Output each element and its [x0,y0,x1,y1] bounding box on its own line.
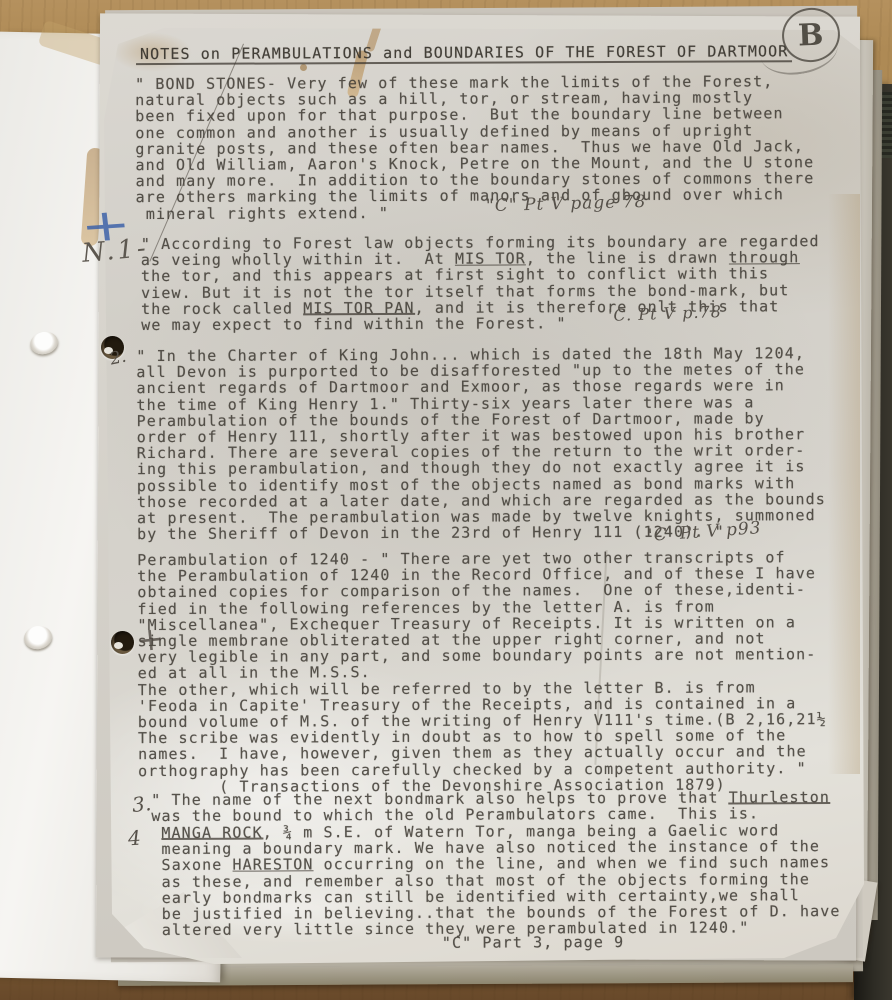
typed-text-layer: NOTES on PERAMBULATIONS and BOUNDARIES O… [94,21,870,964]
paragraph-perambulation-1240: Perambulation of 1240 - " There are yet … [137,549,827,795]
typed-document-page: NOTES on PERAMBULATIONS and BOUNDARIES O… [94,24,866,964]
title-text: NOTES on PERAMBULATIONS and BOUNDARIES O… [140,43,788,62]
paragraph-bond-stones: " BOND STONES- Very few of these mark th… [135,73,814,222]
handwritten-reference-1: "C" Pt V page 78 [486,192,647,216]
photo-of-document: { "page": { "corner_label": "B", "title"… [0,0,892,1000]
paragraph-king-john: " In the Charter of King John... which i… [136,345,826,542]
paragraph-text: " BOND STONES- Very few of these mark th… [135,73,814,222]
paragraph-text: Perambulation of 1240 - " There are yet … [137,549,827,795]
handwritten-reference-2: 'C. Pt V p.78 [608,302,722,325]
paragraph-text: MANGA ROCK, ¾ m S.E. of Watern Tor, mang… [161,822,840,938]
pencil-cross-mark: + [135,619,166,660]
source-reference-line: "C" Part 3, page 9 [442,934,624,951]
corner-label-text: B [798,17,825,53]
hole-glint [114,642,123,649]
paragraph-thurleston: " The name of the next bondmark also hel… [151,789,830,824]
margin-note-4: 4 [127,826,141,851]
underline [729,263,800,265]
paragraph-manga-rock: MANGA ROCK, ¾ m S.E. of Watern Tor, mang… [161,822,840,938]
underline [455,264,526,266]
footer-text: "C" Part 3, page 9 [442,934,624,951]
paragraph-text: " In the Charter of King John... which i… [136,345,826,542]
punch-hole [111,631,134,654]
paragraph-text: " The name of the next bondmark also hel… [151,789,830,824]
margin-note-3: 3. [131,791,152,817]
paper-stack-edge-bottom [118,964,853,986]
document-title: NOTES on PERAMBULATIONS and BOUNDARIES O… [140,43,788,62]
margin-note-n1: N.1- [81,233,150,269]
